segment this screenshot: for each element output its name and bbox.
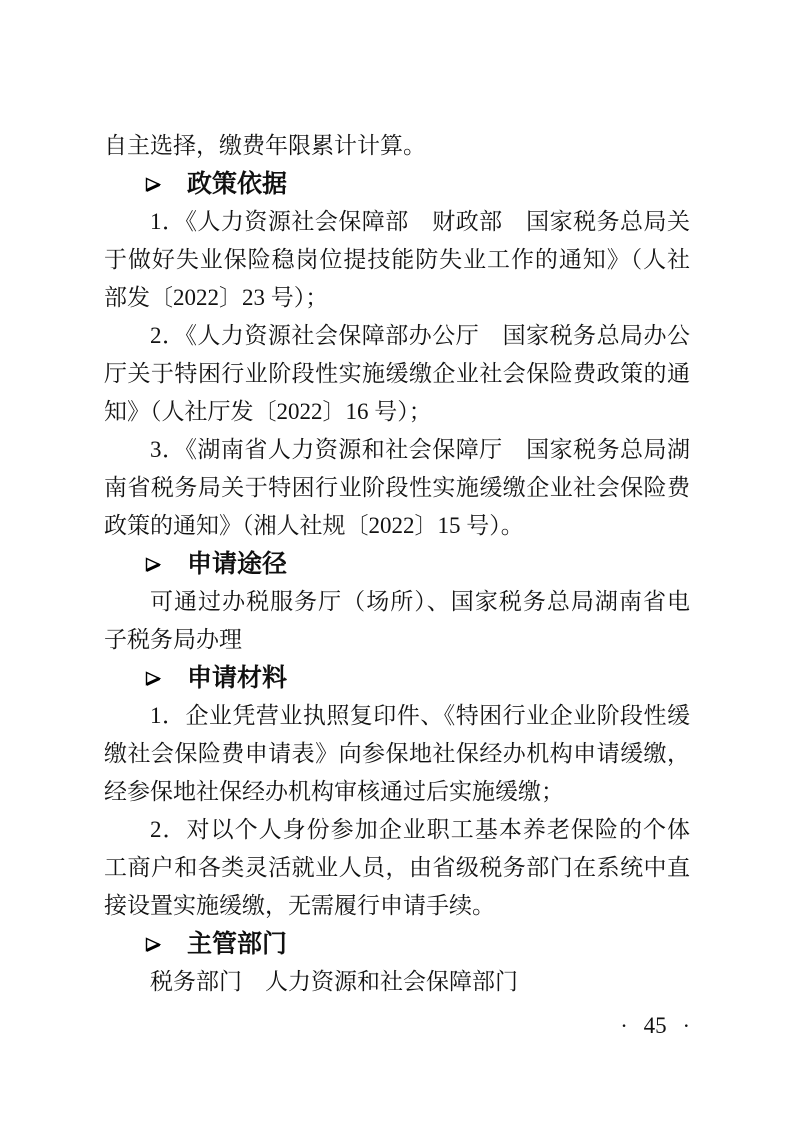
section-heading-competent-departments: 主管部门: [104, 925, 690, 963]
section-heading-label: 申请途径: [187, 545, 287, 583]
policy-basis-item-1: 1．《人力资源社会保障部 财政部 国家税务总局关于做好失业保险稳岗位提技能防失业…: [104, 203, 690, 317]
arrow-bullet-icon: [144, 176, 162, 193]
section-heading-label: 主管部门: [187, 925, 287, 963]
document-page: 自主选择，缴费年限累计计算。 政策依据 1．《人力资源社会保障部 财政部 国家税…: [0, 0, 793, 1122]
section-heading-application-channel: 申请途径: [104, 545, 690, 583]
arrow-bullet-icon: [144, 556, 162, 573]
policy-basis-item-2: 2．《人力资源社会保障部办公厅 国家税务总局办公厅关于特困行业阶段性实施缓缴企业…: [104, 317, 690, 431]
page-number: · 45 ·: [620, 1009, 690, 1043]
section-heading-label: 政策依据: [187, 165, 287, 203]
page-number-right-dot: ·: [683, 1009, 690, 1043]
section-heading-policy-basis: 政策依据: [104, 165, 690, 203]
intro-paragraph: 自主选择，缴费年限累计计算。: [104, 127, 690, 165]
competent-departments-paragraph: 税务部门 人力资源和社会保障部门: [104, 963, 690, 1001]
application-materials-item-1: 1．企业凭营业执照复印件、《特困行业企业阶段性缓缴社会保险费申请表》向参保地社保…: [104, 697, 690, 811]
application-materials-item-2: 2．对以个人身份参加企业职工基本养老保险的个体工商户和各类灵活就业人员，由省级税…: [104, 811, 690, 925]
section-heading-application-materials: 申请材料: [104, 659, 690, 697]
document-body: 自主选择，缴费年限累计计算。 政策依据 1．《人力资源社会保障部 财政部 国家税…: [104, 127, 690, 1001]
page-number-value: 45: [644, 1009, 667, 1043]
policy-basis-item-3: 3．《湖南省人力资源和社会保障厅 国家税务总局湖南省税务局关于特困行业阶段性实施…: [104, 431, 690, 545]
arrow-bullet-icon: [144, 936, 162, 953]
section-heading-label: 申请材料: [187, 659, 287, 697]
arrow-bullet-icon: [144, 670, 162, 687]
page-number-left-dot: ·: [620, 1009, 627, 1043]
application-channel-paragraph: 可通过办税服务厅（场所）、国家税务总局湖南省电子税务局办理: [104, 583, 690, 659]
